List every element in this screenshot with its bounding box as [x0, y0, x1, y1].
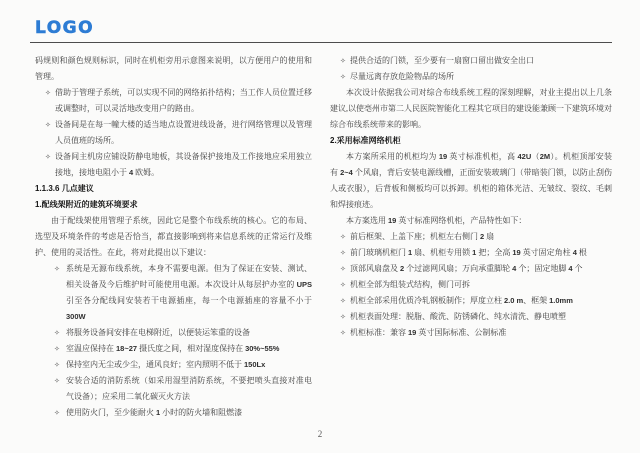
bullet-diamond-icon: ✧	[45, 85, 51, 101]
page-number: 2	[0, 429, 640, 439]
paragraph: 本方案选用 19 英寸标准网络机柜，产品特性如下：	[330, 213, 612, 229]
bullet-text: 室温应保持在 18~27 摄氏度之间，相对湿度保持在 30%~55%	[66, 344, 279, 353]
bullet-text: 使用防火门，至少能耐火 1 小时的防火墙和阻燃漆	[66, 408, 242, 417]
paragraph: 码规则和颜色规则标识，同时在机柜旁用示意图来说明，以方便用户的使用和管理。	[35, 53, 312, 85]
bullet-text: 前后框架、上盖下座；机柜左右侧门 2 扇	[350, 232, 494, 241]
bullet-item: ✧提供合适的门锁，至少要有一扇窗口留出做安全出口	[330, 53, 612, 69]
bullet-diamond-icon: ✧	[54, 325, 60, 341]
bullet-text: 机柜标准：兼容 19 英寸国际标准、公制标准	[350, 328, 506, 337]
left-column: 码规则和颜色规则标识，同时在机柜旁用示意图来说明，以方便用户的使用和管理。✧借助…	[35, 53, 312, 421]
bullet-item: ✧顶部风扇盘及 2 个过滤网风扇；万向承重脚轮 4 个；固定地脚 4 个	[330, 261, 612, 277]
bullet-diamond-icon: ✧	[340, 325, 346, 341]
bullet-item: ✧机柜标准：兼容 19 英寸国际标准、公制标准	[330, 325, 612, 341]
bullet-text: 提供合适的门锁，至少要有一扇窗口留出做安全出口	[350, 56, 534, 65]
bullet-item: ✧机柜全部采用优质冷轧钢板制作；厚度立柱 2.0 m、框架 1.0mm	[330, 293, 612, 309]
bullet-item: ✧安装合适的消防系统（如采用湿型消防系统，不要把喷头直接对准电气设备）；应采用二…	[35, 373, 312, 405]
bullet-item: ✧前门玻璃机柜门 1 扇、机柜专用锁 1 把；全高 19 英寸固定角柱 4 根	[330, 245, 612, 261]
bullet-diamond-icon: ✧	[54, 373, 60, 389]
bullet-item: ✧机柜表面处理：脱脂、酸洗、防锈磷化、纯水清洗、静电喷塑	[330, 309, 612, 325]
bullet-text: 顶部风扇盘及 2 个过滤网风扇；万向承重脚轮 4 个；固定地脚 4 个	[350, 264, 583, 273]
bullet-diamond-icon: ✧	[45, 117, 51, 133]
bullet-text: 机柜全部采用优质冷轧钢板制作；厚度立柱 2.0 m、框架 1.0mm	[350, 296, 573, 305]
bullet-diamond-icon: ✧	[340, 229, 346, 245]
paragraph: 由于配线架使用管理子系统，因此它是整个布线系统的核心。它的布局、选型及环境条件的…	[35, 213, 312, 261]
bullet-diamond-icon: ✧	[340, 245, 346, 261]
company-logo: LOGO	[35, 18, 94, 38]
bullet-text: 设备间是在每一幢大楼的适当地点设置进线设备，进行网络管理以及管理人员值班的场所。	[55, 120, 312, 145]
bullet-item: ✧机柜全部为组装式结构，侧门可拆	[330, 277, 612, 293]
bullet-text: 机柜全部为组装式结构，侧门可拆	[350, 280, 470, 289]
bullet-diamond-icon: ✧	[340, 277, 346, 293]
section-heading: 2.采用标准网络机柜	[330, 133, 612, 149]
bullet-item: ✧设备间是在每一幢大楼的适当地点设置进线设备，进行网络管理以及管理人员值班的场所…	[35, 117, 312, 149]
bullet-item: ✧尽量远离存放危险物品的场所	[330, 69, 612, 85]
bullet-item: ✧借助于管理子系统，可以实现不同的网络拓扑结构；当工作人员位置迁移或调整时，可以…	[35, 85, 312, 117]
bullet-item: ✧保持室内无尘或少尘，通风良好；室内照明不低于 150Lx	[35, 357, 312, 373]
bullet-text: 系统是无源布线系统，本身不需要电源。但为了保证在安装、测试、相关设备及今后维护时…	[66, 264, 312, 321]
bullet-text: 将服务设备间安排在电梯附近，以便装运笨重的设备	[66, 328, 250, 337]
bullet-text: 保持室内无尘或少尘，通风良好；室内照明不低于 150Lx	[66, 360, 265, 369]
right-column: ✧提供合适的门锁，至少要有一扇窗口留出做安全出口✧尽量远离存放危险物品的场所本次…	[330, 53, 612, 341]
bullet-text: 设备间主机房应铺设防静电地板，其设备保护接地及工作接地应采用独立接地，接地电阻小…	[55, 152, 312, 177]
bullet-diamond-icon: ✧	[340, 293, 346, 309]
bullet-diamond-icon: ✧	[340, 309, 346, 325]
document-page: LOGO 码规则和颜色规则标识，同时在机柜旁用示意图来说明，以方便用户的使用和管…	[0, 0, 640, 453]
bullet-item: ✧设备间主机房应铺设防静电地板，其设备保护接地及工作接地应采用独立接地，接地电阻…	[35, 149, 312, 181]
bullet-diamond-icon: ✧	[340, 261, 346, 277]
bullet-text: 机柜表面处理：脱脂、酸洗、防锈磷化、纯水清洗、静电喷塑	[350, 312, 566, 321]
bullet-item: ✧系统是无源布线系统，本身不需要电源。但为了保证在安装、测试、相关设备及今后维护…	[35, 261, 312, 325]
bullet-diamond-icon: ✧	[54, 261, 60, 277]
bullet-diamond-icon: ✧	[54, 341, 60, 357]
bullet-diamond-icon: ✧	[340, 53, 346, 69]
header-divider	[30, 42, 612, 43]
paragraph: 本方案所采用的机柜均为 19 英寸标准机柜，高 42U（2M）。机柜顶部安装有 …	[330, 149, 612, 213]
section-heading: 1.1.3.6 几点建议	[35, 181, 312, 197]
bullet-diamond-icon: ✧	[54, 405, 60, 421]
paragraph: 本次设计依据我公司对综合布线系统工程的深刻理解，对业主提出以上几条建议,以使亳州…	[330, 85, 612, 133]
bullet-diamond-icon: ✧	[45, 149, 51, 165]
bullet-text: 前门玻璃机柜门 1 扇、机柜专用锁 1 把；全高 19 英寸固定角柱 4 根	[350, 248, 587, 257]
bullet-item: ✧室温应保持在 18~27 摄氏度之间，相对湿度保持在 30%~55%	[35, 341, 312, 357]
bullet-text: 尽量远离存放危险物品的场所	[350, 72, 454, 81]
bullet-item: ✧前后框架、上盖下座；机柜左右侧门 2 扇	[330, 229, 612, 245]
bullet-item: ✧使用防火门，至少能耐火 1 小时的防火墙和阻燃漆	[35, 405, 312, 421]
bullet-item: ✧将服务设备间安排在电梯附近，以便装运笨重的设备	[35, 325, 312, 341]
section-heading: 1.配线架附近的建筑环境要求	[35, 197, 312, 213]
bullet-text: 借助于管理子系统，可以实现不同的网络拓扑结构；当工作人员位置迁移或调整时，可以灵…	[55, 88, 312, 113]
bullet-diamond-icon: ✧	[340, 69, 346, 85]
bullet-diamond-icon: ✧	[54, 357, 60, 373]
bullet-text: 安装合适的消防系统（如采用湿型消防系统，不要把喷头直接对准电气设备）；应采用二氧…	[66, 376, 312, 401]
